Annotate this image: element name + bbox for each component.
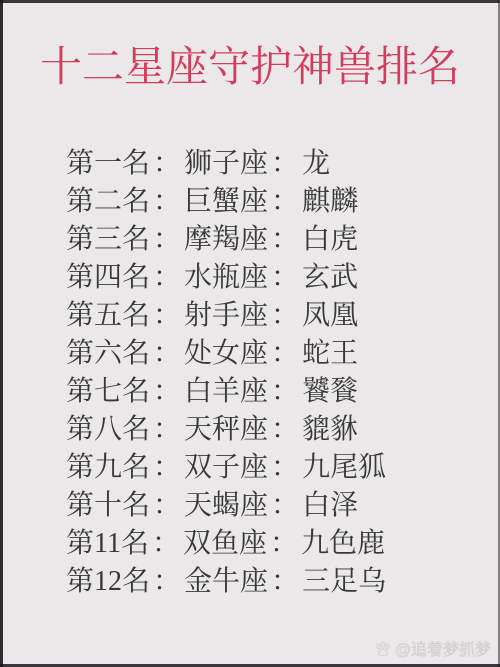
rank-label: 第12名 [66,566,150,597]
zodiac-name: 射手座 [184,300,268,331]
rank-row-5: 第五名：射手座：凤凰 [66,297,500,335]
colon: ： [271,183,299,221]
colon: ： [153,221,181,259]
colon: ： [271,563,299,601]
colon: ： [153,145,181,183]
zodiac-ranking-image: 十二星座守护神兽排名 第一名：狮子座：龙 第二名：巨蟹座：麒麟 第三名：摩羯座：… [0,0,500,667]
colon: ： [271,373,299,411]
ranking-list: 第一名：狮子座：龙 第二名：巨蟹座：麒麟 第三名：摩羯座：白虎 第四名：水瓶座：… [0,145,500,601]
beast-name: 白虎 [302,224,358,255]
rank-label: 第九名 [66,452,150,483]
colon: ： [153,563,181,601]
zodiac-name: 处女座 [184,338,268,369]
beast-name: 玄武 [302,262,358,293]
rank-label: 第十名 [66,490,150,521]
zodiac-name: 巨蟹座 [184,186,268,217]
watermark: @追着梦抓梦 [374,637,491,660]
colon: ： [152,525,180,563]
colon: ： [153,487,181,525]
rank-label: 第三名 [66,224,150,255]
beast-name: 白泽 [302,490,358,521]
beast-name: 麒麟 [302,186,358,217]
rank-row-2: 第二名：巨蟹座：麒麟 [66,183,500,221]
beast-name: 龙 [302,148,330,179]
zodiac-name: 狮子座 [184,148,268,179]
beast-name: 饕餮 [302,376,358,407]
colon: ： [271,335,299,373]
watermark-text: @追着梦抓梦 [395,637,491,660]
colon: ： [153,411,181,449]
zodiac-name: 天秤座 [184,414,268,445]
colon: ： [271,259,299,297]
zodiac-name: 天蝎座 [184,490,268,521]
rank-row-1: 第一名：狮子座：龙 [66,145,500,183]
colon: ： [153,335,181,373]
colon: ： [153,373,181,411]
beast-name: 三足乌 [302,566,386,597]
colon: ： [153,259,181,297]
colon: ： [271,145,299,183]
zodiac-name: 金牛座 [184,566,268,597]
rank-label: 第七名 [66,376,150,407]
rank-label: 第八名 [66,414,150,445]
zodiac-name: 双子座 [184,452,268,483]
rank-row-3: 第三名：摩羯座：白虎 [66,221,500,259]
colon: ： [271,487,299,525]
page-title: 十二星座守护神兽排名 [0,34,500,94]
rank-label: 第四名 [66,262,150,293]
beast-name: 九色鹿 [301,528,385,559]
zodiac-name: 摩羯座 [184,224,268,255]
colon: ： [270,525,298,563]
beast-name: 貔貅 [302,414,358,445]
beast-name: 蛇王 [302,338,358,369]
rank-label: 第六名 [66,338,150,369]
rank-row-10: 第十名：天蝎座：白泽 [66,487,500,525]
rank-row-7: 第七名：白羊座：饕餮 [66,373,500,411]
rank-label: 第二名 [66,186,150,217]
colon: ： [271,297,299,335]
rank-row-9: 第九名：双子座：九尾狐 [66,449,500,487]
colon: ： [271,221,299,259]
colon: ： [153,449,181,487]
zodiac-name: 白羊座 [184,376,268,407]
rank-label: 第11名 [66,528,149,559]
rank-row-6: 第六名：处女座：蛇王 [66,335,500,373]
zodiac-name: 双鱼座 [183,528,267,559]
rank-row-8: 第八名：天秤座：貔貅 [66,411,500,449]
rank-row-11: 第11名：双鱼座：九色鹿 [66,525,500,563]
colon: ： [153,297,181,335]
rank-row-12: 第12名：金牛座：三足乌 [66,563,500,601]
colon: ： [153,183,181,221]
beast-name: 九尾狐 [302,452,386,483]
beast-name: 凤凰 [302,300,358,331]
colon: ： [271,449,299,487]
colon: ： [271,411,299,449]
rank-label: 第一名 [66,148,150,179]
rank-label: 第五名 [66,300,150,331]
zodiac-name: 水瓶座 [184,262,268,293]
baidu-paw-icon [374,640,392,658]
rank-row-4: 第四名：水瓶座：玄武 [66,259,500,297]
